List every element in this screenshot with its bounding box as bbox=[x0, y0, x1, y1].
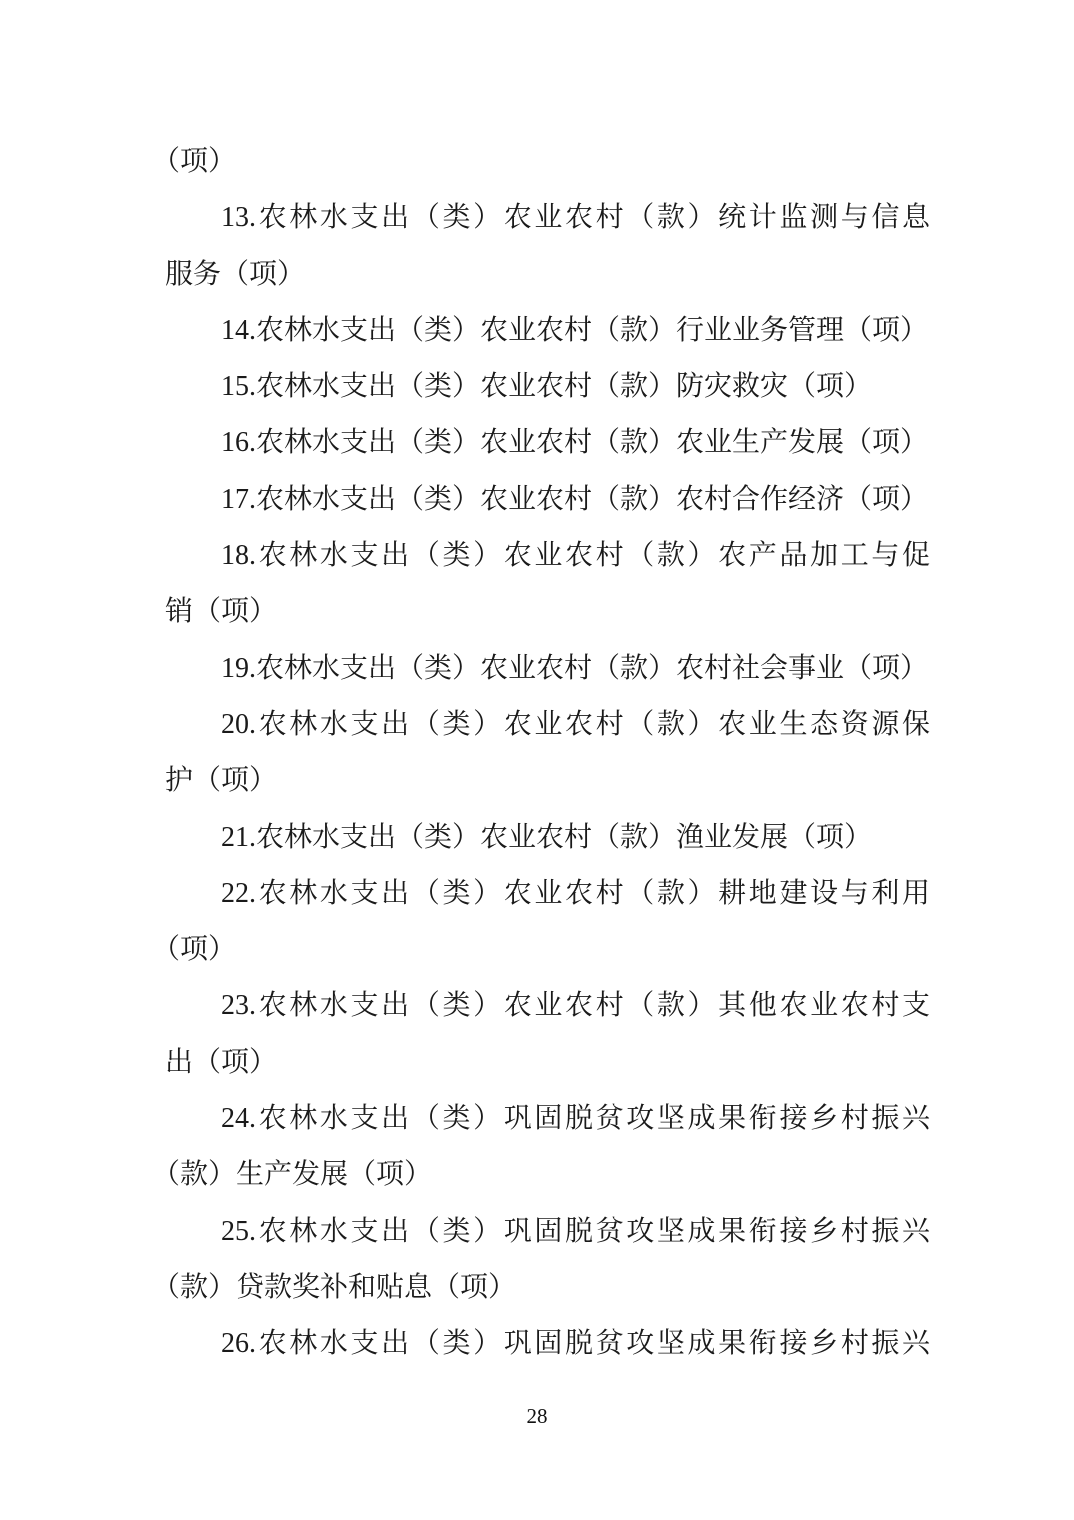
doc-line: 15.农林水支出（类）农业农村（款）防灾救灾（项） bbox=[165, 359, 930, 415]
doc-line: 出（项） bbox=[165, 1035, 930, 1091]
doc-line: 16.农林水支出（类）农业农村（款）农业生产发展（项） bbox=[165, 415, 930, 471]
doc-line: （项） bbox=[152, 922, 930, 978]
page-number: 28 bbox=[0, 1403, 1074, 1429]
doc-line: 13.农林水支出（类）农业农村（款）统计监测与信息 bbox=[165, 190, 930, 246]
doc-line: 护（项） bbox=[165, 753, 930, 809]
doc-line: 17.农林水支出（类）农业农村（款）农村合作经济（项） bbox=[165, 472, 930, 528]
doc-line: （项） bbox=[152, 134, 930, 190]
doc-line: （款）贷款奖补和贴息（项） bbox=[152, 1260, 930, 1316]
document-body: （项） 13.农林水支出（类）农业农村（款）统计监测与信息 服务（项） 14.农… bbox=[165, 134, 930, 1373]
doc-line: （款）生产发展（项） bbox=[152, 1147, 930, 1203]
doc-line: 23.农林水支出（类）农业农村（款）其他农业农村支 bbox=[165, 978, 930, 1034]
doc-line: 24.农林水支出（类）巩固脱贫攻坚成果衔接乡村振兴 bbox=[165, 1091, 930, 1147]
doc-line: 18.农林水支出（类）农业农村（款）农产品加工与促 bbox=[165, 528, 930, 584]
doc-line: 销（项） bbox=[165, 584, 930, 640]
doc-line: 19.农林水支出（类）农业农村（款）农村社会事业（项） bbox=[165, 641, 930, 697]
doc-line: 25.农林水支出（类）巩固脱贫攻坚成果衔接乡村振兴 bbox=[165, 1204, 930, 1260]
doc-line: 20.农林水支出（类）农业农村（款）农业生态资源保 bbox=[165, 697, 930, 753]
doc-line: 14.农林水支出（类）农业农村（款）行业业务管理（项） bbox=[165, 303, 930, 359]
document-page: （项） 13.农林水支出（类）农业农村（款）统计监测与信息 服务（项） 14.农… bbox=[0, 0, 1074, 1520]
doc-line: 22.农林水支出（类）农业农村（款）耕地建设与利用 bbox=[165, 866, 930, 922]
doc-line: 26.农林水支出（类）巩固脱贫攻坚成果衔接乡村振兴 bbox=[165, 1316, 930, 1372]
doc-line: 服务（项） bbox=[165, 247, 930, 303]
doc-line: 21.农林水支出（类）农业农村（款）渔业发展（项） bbox=[165, 810, 930, 866]
